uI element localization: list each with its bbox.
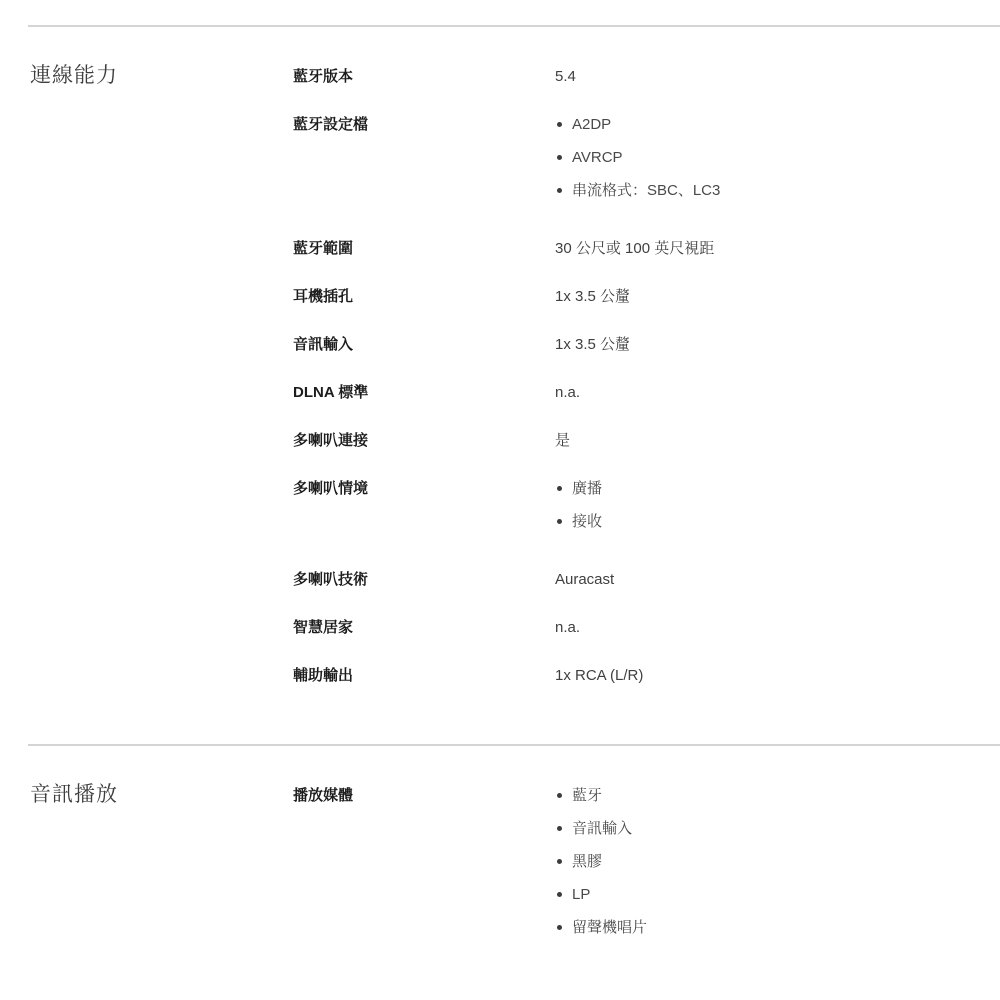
spec-label: 藍牙設定檔 [293, 114, 555, 135]
section-title: 音訊播放 [28, 783, 293, 807]
bullet-text: A2DP [572, 114, 611, 135]
spec-row: 播放媒體 藍牙 音訊輸入 黑膠 LP 留聲機唱片 [293, 785, 1000, 938]
bullet-icon [557, 188, 562, 193]
spec-value: 1x 3.5 公釐 [555, 286, 1000, 307]
bullet-text: LP [572, 884, 590, 905]
spec-value-text: Auracast [555, 571, 614, 588]
spec-value-text: 1x RCA (L/R) [555, 667, 643, 684]
bullet-icon [557, 122, 562, 127]
spec-label: 藍牙版本 [293, 66, 555, 87]
spec-label: 音訊輸入 [293, 334, 555, 355]
spec-row: 音訊輸入 1x 3.5 公釐 [293, 334, 1000, 355]
bullet-icon [557, 155, 562, 160]
spec-row: 耳機插孔 1x 3.5 公釐 [293, 286, 1000, 307]
bullet-item: 藍牙 [555, 785, 1000, 806]
bullet-text: 黑膠 [572, 851, 602, 872]
product-spec-sheet: 連線能力 藍牙版本 5.4 藍牙設定檔 A2DP AVRCP 串流格式：SBC、… [0, 0, 1000, 996]
bullet-item: 音訊輸入 [555, 818, 1000, 839]
spec-value: 30 公尺或 100 英尺視距 [555, 238, 1000, 259]
bullet-icon [557, 519, 562, 524]
spec-row: 多喇叭情境 廣播 接收 [293, 478, 1000, 532]
spec-value: 1x 3.5 公釐 [555, 334, 1000, 355]
spec-row: 輔助輸出 1x RCA (L/R) [293, 665, 1000, 686]
bullet-text: 接收 [572, 511, 602, 532]
bullet-item: 廣播 [555, 478, 1000, 499]
spec-label: 多喇叭連接 [293, 430, 555, 451]
spec-section: 音訊播放 播放媒體 藍牙 音訊輸入 黑膠 LP 留聲機唱片 [28, 744, 1000, 996]
spec-value: A2DP AVRCP 串流格式：SBC、LC3 [555, 114, 1000, 201]
bullet-text: AVRCP [572, 147, 623, 168]
spec-row: 藍牙版本 5.4 [293, 66, 1000, 87]
spec-label: 多喇叭技術 [293, 569, 555, 590]
spec-row: 藍牙設定檔 A2DP AVRCP 串流格式：SBC、LC3 [293, 114, 1000, 201]
bullet-item: A2DP [555, 114, 1000, 135]
spec-row: 多喇叭連接 是 [293, 430, 1000, 451]
spec-label: 智慧居家 [293, 617, 555, 638]
bullet-item: 黑膠 [555, 851, 1000, 872]
spec-row: 多喇叭技術 Auracast [293, 569, 1000, 590]
bullet-icon [557, 486, 562, 491]
spec-label: 藍牙範圍 [293, 238, 555, 259]
spec-value: 廣播 接收 [555, 478, 1000, 532]
spec-row: 智慧居家 n.a. [293, 617, 1000, 638]
bullet-icon [557, 925, 562, 930]
spec-value: Auracast [555, 569, 1000, 590]
bullet-icon [557, 793, 562, 798]
spec-value-text: 是 [555, 432, 570, 449]
spec-value: 5.4 [555, 66, 1000, 87]
bullet-text: 藍牙 [572, 785, 602, 806]
spec-label: DLNA 標準 [293, 382, 555, 403]
bullet-item: 接收 [555, 511, 1000, 532]
bullet-icon [557, 859, 562, 864]
spec-label: 耳機插孔 [293, 286, 555, 307]
bullet-item: 留聲機唱片 [555, 917, 1000, 938]
spec-label: 多喇叭情境 [293, 478, 555, 499]
spec-value-text: 5.4 [555, 68, 576, 85]
bullet-item: AVRCP [555, 147, 1000, 168]
spec-value-text: n.a. [555, 384, 580, 401]
bullet-text: 留聲機唱片 [572, 917, 647, 938]
spec-label: 輔助輸出 [293, 665, 555, 686]
bullet-icon [557, 892, 562, 897]
spec-value: 是 [555, 430, 1000, 451]
spec-value-text: 1x 3.5 公釐 [555, 336, 630, 353]
spec-row: DLNA 標準 n.a. [293, 382, 1000, 403]
spec-value-text: n.a. [555, 619, 580, 636]
spec-value-text: 30 公尺或 100 英尺視距 [555, 240, 714, 257]
section-rows: 藍牙版本 5.4 藍牙設定檔 A2DP AVRCP 串流格式：SBC、LC3 藍… [293, 64, 1000, 686]
spec-value-text: 1x 3.5 公釐 [555, 288, 630, 305]
spec-value: 藍牙 音訊輸入 黑膠 LP 留聲機唱片 [555, 785, 1000, 938]
bullet-text: 廣播 [572, 478, 602, 499]
section-title: 連線能力 [28, 64, 293, 88]
bullet-text: 音訊輸入 [572, 818, 632, 839]
spec-value: n.a. [555, 382, 1000, 403]
bullet-item: LP [555, 884, 1000, 905]
bullet-icon [557, 826, 562, 831]
bullet-text: 串流格式：SBC、LC3 [572, 180, 720, 201]
spec-value: n.a. [555, 617, 1000, 638]
bullet-item: 串流格式：SBC、LC3 [555, 180, 1000, 201]
spec-value: 1x RCA (L/R) [555, 665, 1000, 686]
spec-section: 連線能力 藍牙版本 5.4 藍牙設定檔 A2DP AVRCP 串流格式：SBC、… [28, 25, 1000, 744]
spec-label: 播放媒體 [293, 785, 555, 806]
section-rows: 播放媒體 藍牙 音訊輸入 黑膠 LP 留聲機唱片 [293, 783, 1000, 938]
spec-row: 藍牙範圍 30 公尺或 100 英尺視距 [293, 238, 1000, 259]
